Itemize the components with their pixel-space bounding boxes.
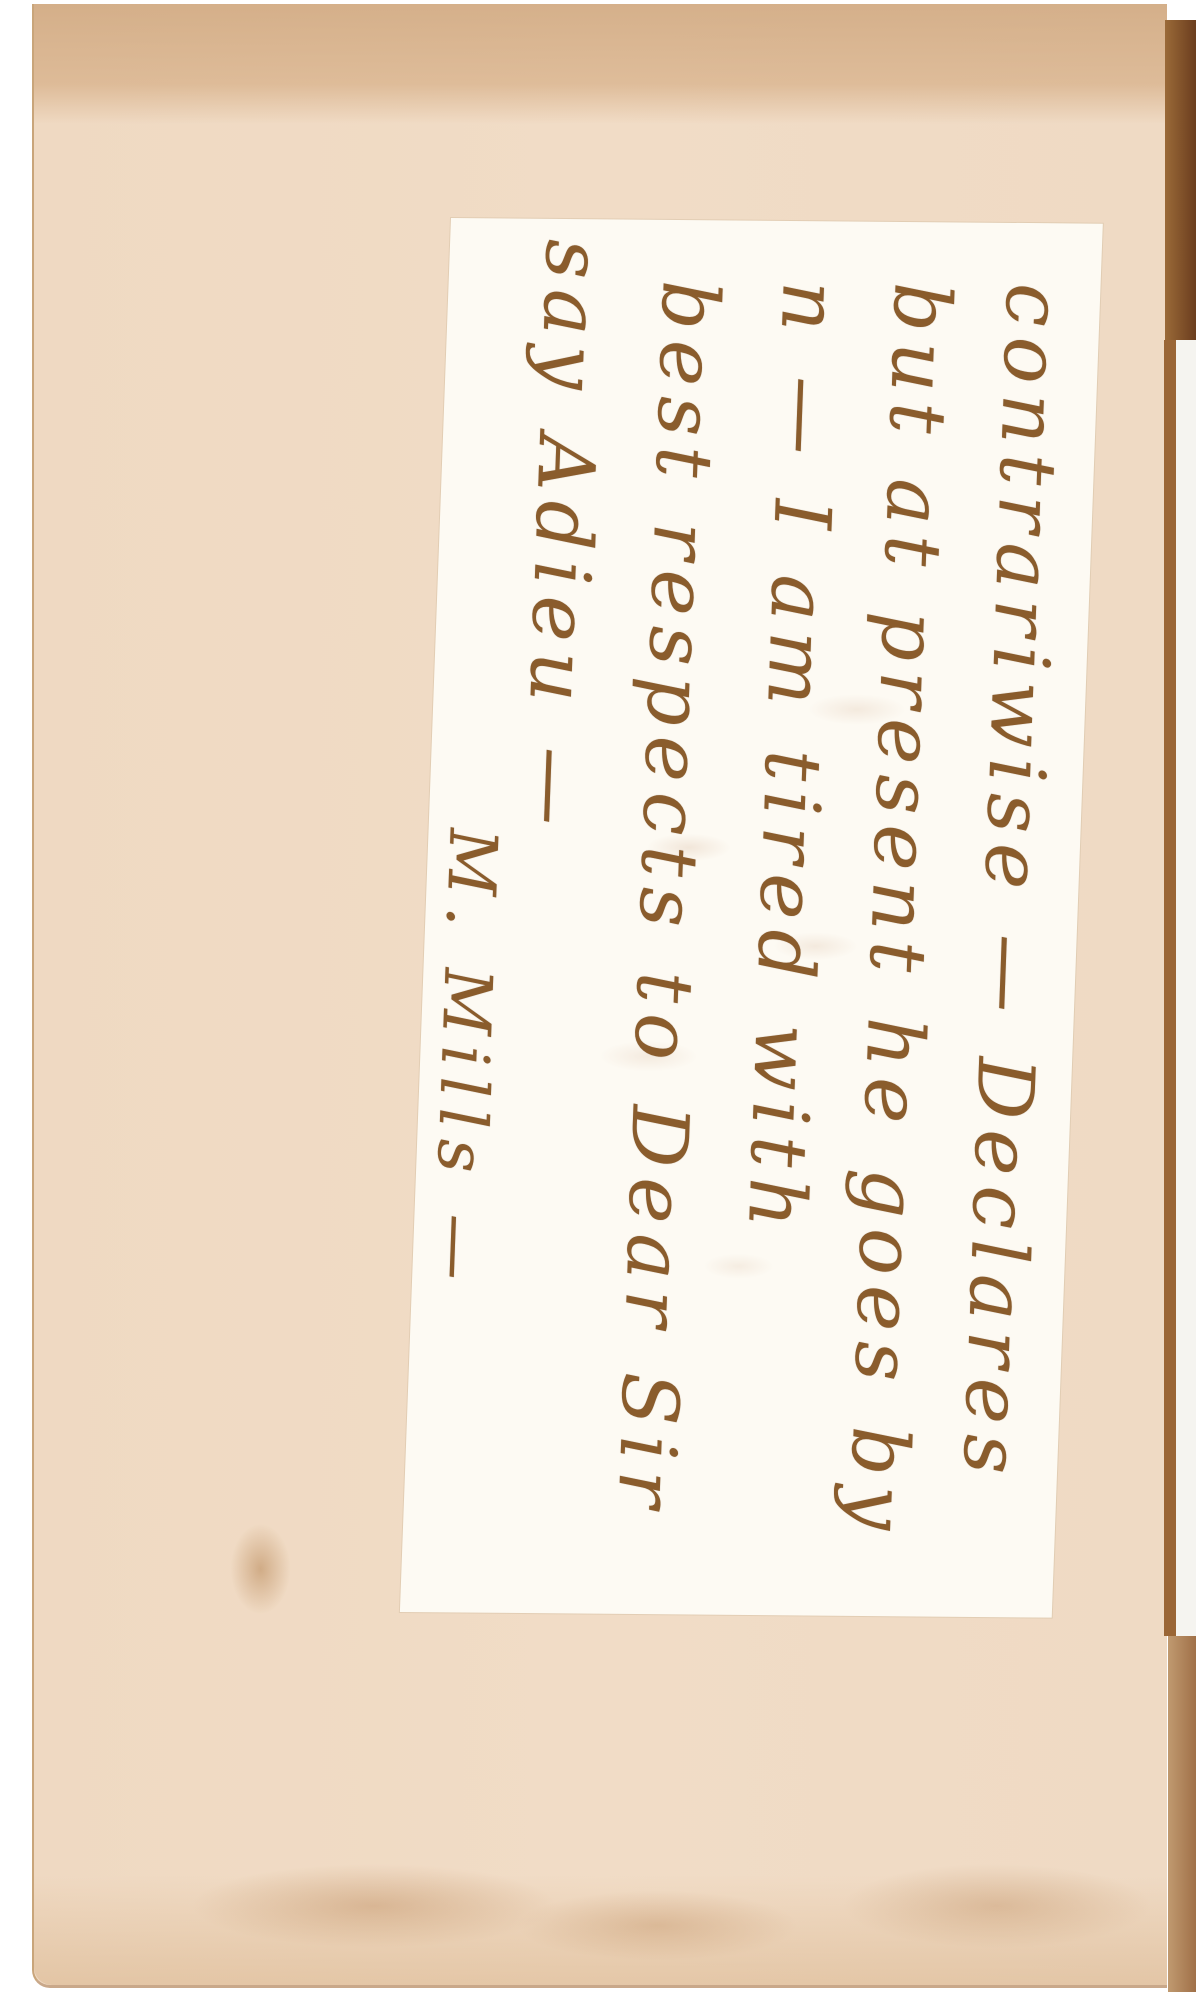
note-line-1: contrariwise — Declares — [951, 283, 1073, 1485]
binding-edge — [1164, 340, 1176, 1636]
note-line-5: say Adieu — — [512, 239, 612, 835]
note-line-3: n — I am tired with — [736, 281, 849, 1238]
adjacent-page-strip — [1176, 340, 1196, 1636]
binding-edge-top — [1165, 20, 1196, 340]
handwriting-block: contrariwise — Declares but at present h… — [400, 218, 1103, 1618]
pasted-note: contrariwise — Declares but at present h… — [400, 218, 1103, 1618]
note-line-4: best respects to Dear Sir — [605, 280, 728, 1518]
signature: M. Mills — — [423, 828, 506, 1290]
note-line-2: but at present he goes by — [837, 282, 961, 1541]
binding-edge-bottom — [1168, 1636, 1196, 1992]
